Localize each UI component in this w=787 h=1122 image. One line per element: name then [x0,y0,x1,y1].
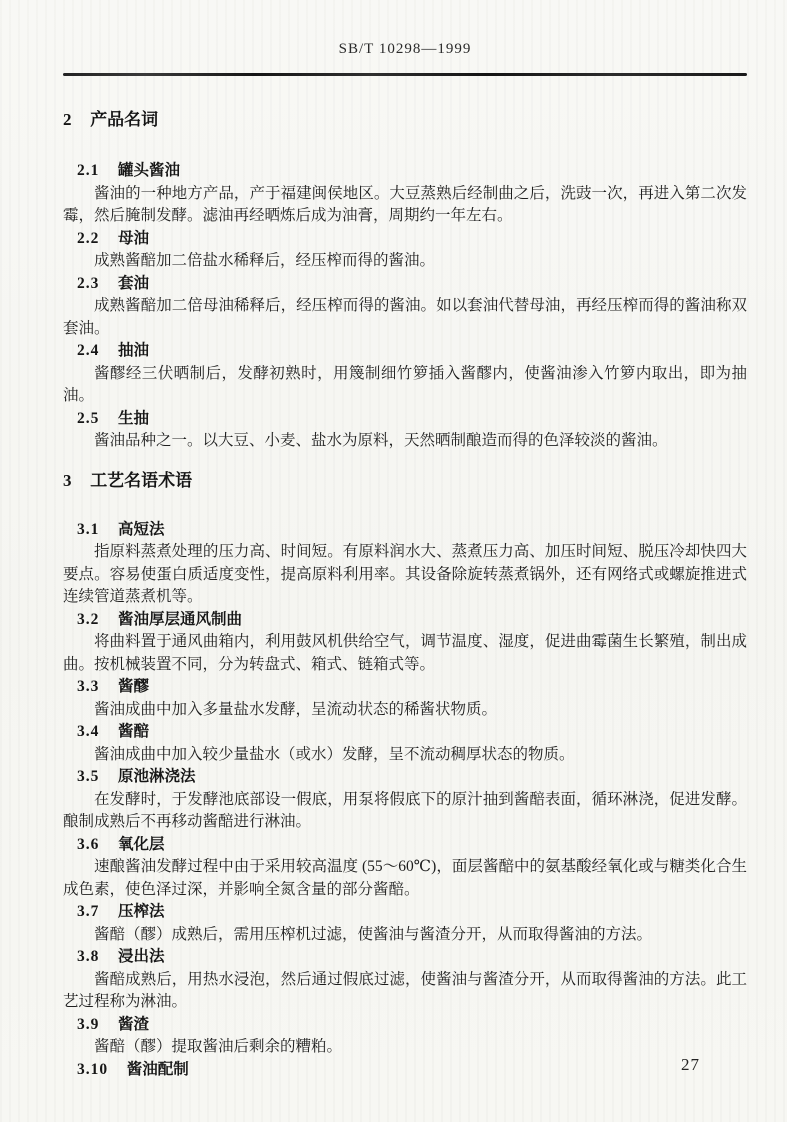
section-number: 3 [63,468,72,494]
term-title: 氧化层 [118,836,165,853]
section-heading-products: 2产品名词 [63,107,747,133]
term-number: 3.8 [77,946,99,969]
term-number: 3.4 [77,721,99,744]
term-title: 浸出法 [118,948,165,965]
term-heading: 3.8浸出法 [63,946,747,969]
section-heading-process: 3工艺名语术语 [63,468,747,494]
term-definition: 将曲料置于通风曲箱内，利用鼓风机供给空气，调节温度、湿度，促进曲霉菌生长繁殖，制… [63,631,747,676]
term-entry: 2.4抽油 酱醪经三伏晒制后，发酵初熟时，用篾制细竹箩插入酱醪内，使酱油渗入竹箩… [63,340,747,408]
term-heading: 2.1罐头酱油 [63,160,747,183]
term-entry: 3.3酱醪 酱油成曲中加入多量盐水发酵，呈流动状态的稀酱状物质。 [63,676,747,721]
term-definition: 酱醪经三伏晒制后，发酵初熟时，用篾制细竹箩插入酱醪内，使酱油渗入竹箩内取出，即为… [63,363,747,408]
term-number: 3.9 [77,1014,99,1037]
term-heading: 3.3酱醪 [63,676,747,699]
document-page: SB/T 10298—1999 2产品名词 2.1罐头酱油 酱油的一种地方产品，… [0,0,787,1122]
term-entry: 3.8浸出法 酱醅成熟后，用热水浸泡，然后通过假底过滤，使酱油与酱渣分开，从而取… [63,946,747,1014]
page-number: 27 [681,1055,700,1075]
term-definition: 酱醅（醪）成熟后，需用压榨机过滤，使酱油与酱渣分开，从而取得酱油的方法。 [63,924,747,947]
section-title: 工艺名语术语 [90,471,192,490]
term-title: 酱醅 [118,723,149,740]
term-entry: 2.1罐头酱油 酱油的一种地方产品，产于福建闽侯地区。大豆蒸熟后经制曲之后，洗豉… [63,160,747,228]
section-number: 2 [63,107,72,133]
term-number: 2.2 [77,228,99,251]
term-number: 2.5 [77,408,99,431]
term-heading: 2.4抽油 [63,340,747,363]
section-title: 产品名词 [90,110,158,129]
term-definition: 成熟酱醅加二倍盐水稀释后，经压榨而得的酱油。 [63,250,747,273]
term-number: 3.10 [77,1059,108,1082]
term-heading: 3.7压榨法 [63,901,747,924]
term-number: 3.1 [77,519,99,542]
term-title: 高短法 [118,521,165,538]
header-rule [63,73,747,76]
term-entry: 3.4酱醅 酱油成曲中加入较少量盐水（或水）发酵，呈不流动稠厚状态的物质。 [63,721,747,766]
term-entry: 2.3套油 成熟酱醅加二倍母油稀释后，经压榨而得的酱油。如以套油代替母油，再经压… [63,273,747,341]
term-entry: 3.2酱油厚层通风制曲 将曲料置于通风曲箱内，利用鼓风机供给空气，调节温度、湿度… [63,609,747,677]
term-heading: 2.3套油 [63,273,747,296]
term-definition: 酱醅成熟后，用热水浸泡，然后通过假底过滤，使酱油与酱渣分开，从而取得酱油的方法。… [63,969,747,1014]
term-definition: 酱油成曲中加入较少量盐水（或水）发酵，呈不流动稠厚状态的物质。 [63,744,747,767]
term-number: 3.2 [77,609,99,632]
term-heading: 3.1高短法 [63,519,747,542]
term-definition: 酱油成曲中加入多量盐水发酵，呈流动状态的稀酱状物质。 [63,699,747,722]
term-entry: 3.1高短法 指原料蒸煮处理的压力高、时间短。有原料润水大、蒸煮压力高、加压时间… [63,519,747,609]
term-number: 3.3 [77,676,99,699]
term-definition: 酱油品种之一。以大豆、小麦、盐水为原料，天然晒制酿造而得的色泽较淡的酱油。 [63,430,747,453]
term-definition: 指原料蒸煮处理的压力高、时间短。有原料润水大、蒸煮压力高、加压时间短、脱压冷却快… [63,541,747,609]
term-definition: 酱醅（醪）提取酱油后剩余的糟粕。 [63,1036,747,1059]
term-title: 抽油 [118,342,149,359]
term-definition: 成熟酱醅加二倍母油稀释后，经压榨而得的酱油。如以套油代替母油，再经压榨而得的酱油… [63,295,747,340]
term-number: 3.6 [77,834,99,857]
term-entry: 3.10酱油配制 [63,1059,747,1082]
term-heading: 2.5生抽 [63,408,747,431]
term-title: 原池淋浇法 [118,768,196,785]
term-title: 罐头酱油 [118,162,180,179]
term-definition: 酱油的一种地方产品，产于福建闽侯地区。大豆蒸熟后经制曲之后，洗豉一次，再进入第二… [63,183,747,228]
term-heading: 3.6氧化层 [63,834,747,857]
term-title: 酱油厚层通风制曲 [118,611,242,628]
term-title: 酱渣 [118,1016,149,1033]
term-title: 母油 [118,230,149,247]
term-entry: 3.7压榨法 酱醅（醪）成熟后，需用压榨机过滤，使酱油与酱渣分开，从而取得酱油的… [63,901,747,946]
term-title: 生抽 [118,410,149,427]
term-title: 酱醪 [118,678,149,695]
page-content: SB/T 10298—1999 2产品名词 2.1罐头酱油 酱油的一种地方产品，… [0,0,787,1081]
term-heading: 3.4酱醅 [63,721,747,744]
term-title: 酱油配制 [127,1061,189,1078]
term-number: 3.7 [77,901,99,924]
term-entry: 3.6氧化层 速酿酱油发酵过程中由于采用较高温度 (55～60℃)，面层酱醅中的… [63,834,747,902]
term-number: 2.4 [77,340,99,363]
term-definition: 速酿酱油发酵过程中由于采用较高温度 (55～60℃)，面层酱醅中的氨基酸经氧化或… [63,856,747,901]
term-title: 压榨法 [118,903,165,920]
term-heading: 3.10酱油配制 [63,1059,747,1082]
term-entry: 3.9酱渣 酱醅（醪）提取酱油后剩余的糟粕。 [63,1014,747,1059]
term-heading: 3.9酱渣 [63,1014,747,1037]
term-number: 3.5 [77,766,99,789]
term-heading: 3.5原池淋浇法 [63,766,747,789]
term-entry: 3.5原池淋浇法 在发酵时，于发酵池底部设一假底，用泵将假底下的原汁抽到酱醅表面… [63,766,747,834]
term-number: 2.1 [77,160,99,183]
term-entry: 2.5生抽 酱油品种之一。以大豆、小麦、盐水为原料，天然晒制酿造而得的色泽较淡的… [63,408,747,453]
term-heading: 2.2母油 [63,228,747,251]
standard-code: SB/T 10298—1999 [63,38,747,60]
term-definition: 在发酵时，于发酵池底部设一假底，用泵将假底下的原汁抽到酱醅表面，循环淋浇，促进发… [63,789,747,834]
term-title: 套油 [118,275,149,292]
term-heading: 3.2酱油厚层通风制曲 [63,609,747,632]
term-entry: 2.2母油 成熟酱醅加二倍盐水稀释后，经压榨而得的酱油。 [63,228,747,273]
term-number: 2.3 [77,273,99,296]
